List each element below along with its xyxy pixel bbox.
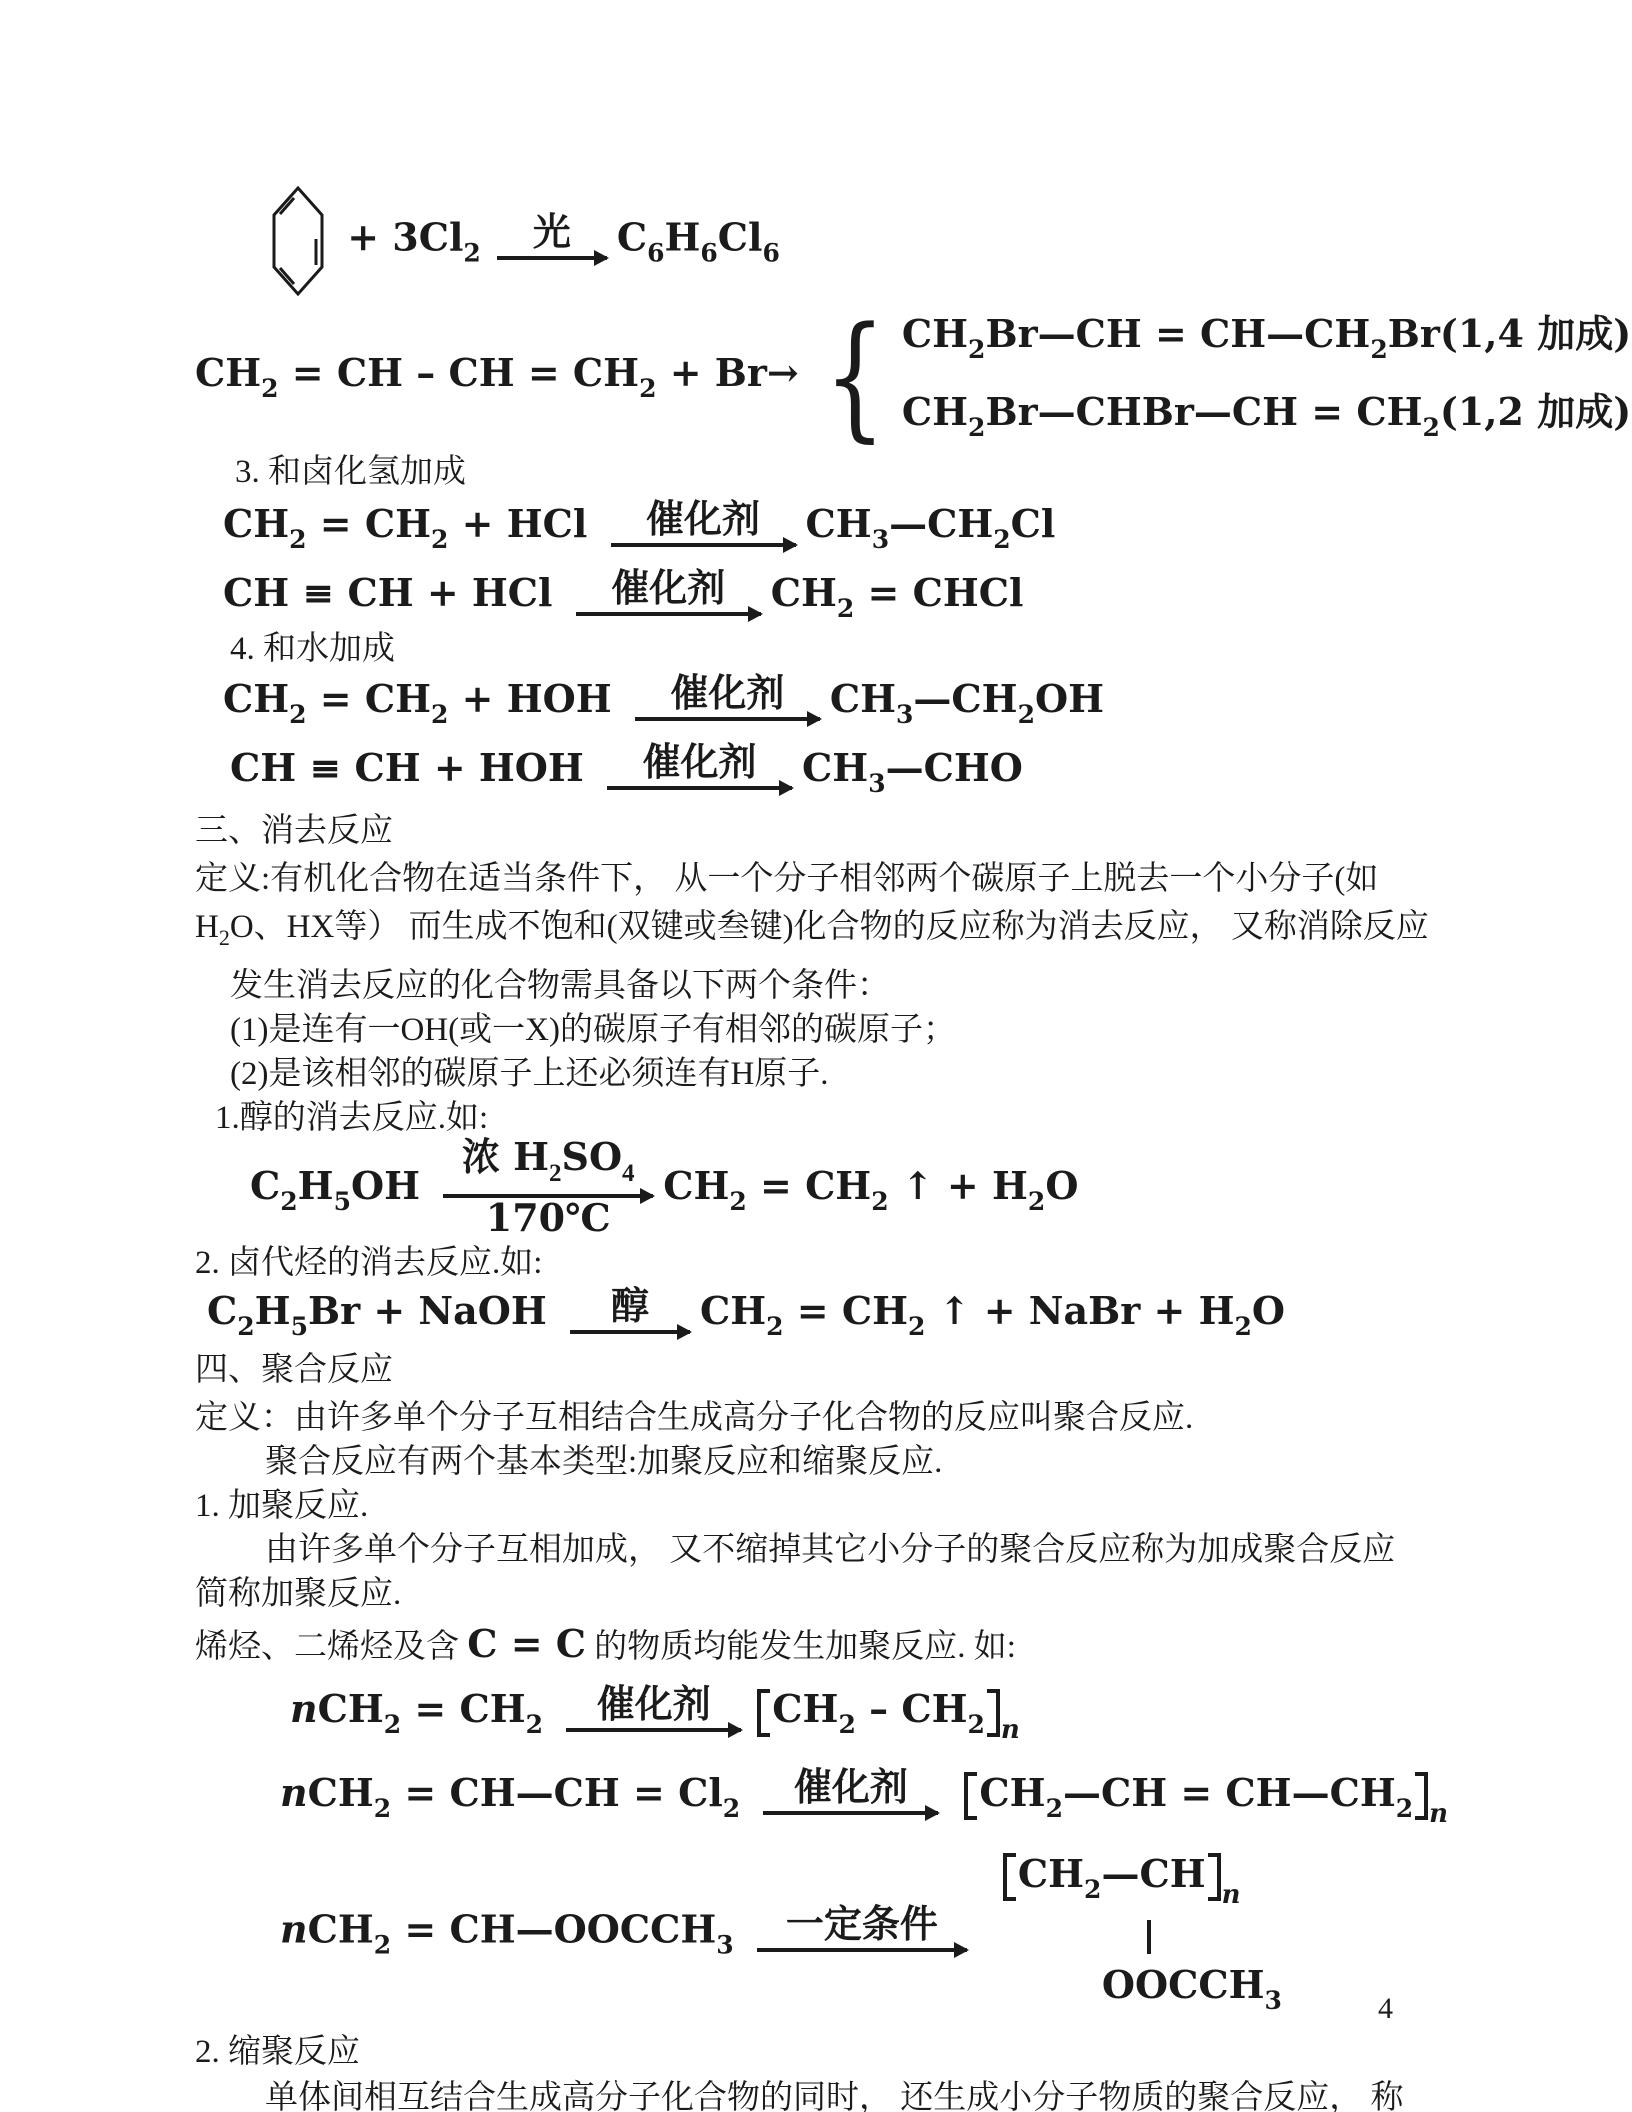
- formula-text: = CH—CH = Cl: [391, 1770, 723, 1815]
- formula-text: OH: [351, 1163, 433, 1208]
- subscript: 2: [639, 374, 656, 403]
- arrow-condition-above: 催化剂: [646, 504, 760, 538]
- addition-polymerization-def-line-2: 简称加聚反应.: [195, 1572, 1505, 1616]
- section-3-elimination-heading: 三、消去反应: [195, 809, 1505, 853]
- subscript: 2: [463, 239, 480, 268]
- subscript: 2: [968, 335, 985, 364]
- reaction-arrow: 催化剂: [763, 1772, 938, 1820]
- polymer-bracket-close: n: [985, 1689, 1020, 1737]
- formula-text: CH: [308, 1770, 374, 1815]
- formula-text: CH: [902, 389, 968, 434]
- polymer-bracket-open: [757, 1689, 770, 1737]
- formula-text: = CH: [307, 676, 431, 721]
- subscript: 2: [729, 1187, 746, 1216]
- reaction-ethylene-hcl: CH2 = CH2 + HCl 催化剂CH3—CH2Cl: [223, 500, 1505, 555]
- reaction-arrow: 催化剂: [611, 504, 796, 552]
- reaction-arrow: 催化剂: [566, 1689, 741, 1737]
- formula-text: CH: [802, 745, 868, 790]
- reaction-arrow: 浓 H2SO4170℃: [443, 1142, 653, 1237]
- arrow-line: [566, 1728, 741, 1732]
- subscript: 2: [1370, 335, 1387, 364]
- formula-text: 催化剂: [643, 739, 757, 784]
- formula-text: CH: [663, 1163, 729, 1208]
- arrow-line: [635, 717, 820, 721]
- formula-text: = CH: [401, 1686, 525, 1731]
- formula-text: —CH: [1101, 1851, 1205, 1896]
- subscript: 2: [237, 1312, 254, 1341]
- formula-text: CH ≡ CH + HCl: [223, 570, 566, 615]
- formula-text: O: [1045, 1163, 1078, 1208]
- polymer-bracket-close-glyph: [987, 1689, 1000, 1737]
- reaction-polyvinyl-acetate: nCH2 = CH—OOCCH3 一定条件CH2—CHnOOCCH3: [280, 1850, 1505, 2016]
- formula-text: 催化剂: [670, 670, 784, 715]
- formula-text: ↑ + NaBr + H: [925, 1288, 1234, 1333]
- formula-text: = CH—OOCCH: [391, 1906, 716, 1951]
- formula-text: CH: [979, 1770, 1045, 1815]
- subscript: 2: [1396, 1794, 1413, 1823]
- polymer-bracket-open: [1003, 1853, 1016, 1901]
- arrow-line: [611, 543, 796, 547]
- reaction-arrow: 光: [497, 217, 607, 265]
- subscript: 2: [1422, 413, 1439, 442]
- formula-text: Br + NaOH: [308, 1288, 560, 1333]
- reaction-acetylene-water: CH ≡ CH + HOH 催化剂CH3—CHO: [230, 744, 1505, 799]
- formula-text: OH: [1035, 676, 1104, 721]
- polymer-bracket-close: n: [1206, 1853, 1241, 1901]
- formula-text: + 3Cl: [334, 215, 463, 260]
- formula-text: CH: [902, 311, 968, 356]
- subscript: 2: [280, 1187, 297, 1216]
- formula-coefficient: n: [290, 1686, 318, 1731]
- formula-text: 浓 H: [462, 1134, 549, 1179]
- formula-text: CH: [806, 501, 872, 546]
- arrow-condition-above: 光: [533, 217, 571, 251]
- elimination-condition-1: (1)是连有一OH(或一X)的碳原子有相邻的碳原子；: [230, 1008, 1505, 1052]
- arrow-line: [570, 1330, 690, 1334]
- elimination-definition-line-1: 定义:有机化合物在适当条件下， 从一个分子相邻两个碳原子上脱去一个小分子(如: [195, 857, 1505, 901]
- formula-text: CH: [771, 570, 837, 615]
- repeat-unit-subscript: n: [1001, 1714, 1020, 1747]
- subscript: 2: [1235, 1312, 1252, 1341]
- arrow-condition-above: 浓 H2SO4: [462, 1142, 635, 1189]
- subscript: 2: [289, 525, 306, 554]
- formula-text: 光: [533, 209, 571, 254]
- formula-text: = CH: [307, 501, 431, 546]
- elimination-definition-line-2: H2O、HX等） 而生成不饱和(双键或叁键)化合物的反应称为消去反应， 又称消除…: [195, 901, 1505, 964]
- formula-text: CH: [318, 1686, 384, 1731]
- body-text: H: [195, 909, 219, 945]
- polymer-bracket-close: n: [1413, 1772, 1448, 1820]
- document-body: + 3Cl2光C6H6Cl6CH2 = CH – CH = CH2 + Br→ …: [195, 140, 1505, 2112]
- arrow-condition-above: 催化剂: [611, 573, 725, 607]
- reaction-benzene-chlorination: + 3Cl2光C6H6Cl6: [270, 185, 1505, 297]
- formula-text: Br(1,4 加成): [1388, 311, 1631, 356]
- subscript: 6: [700, 239, 717, 268]
- elimination-conditions-intro: 发生消去反应的化合物需具备以下两个条件：: [230, 964, 1505, 1008]
- item-1-addition-polymerization: 1. 加聚反应.: [195, 1484, 1505, 1528]
- formula-text: [543, 1686, 556, 1731]
- arrow-line: [757, 1948, 967, 1952]
- brace-icon: {: [824, 309, 886, 444]
- formula-text: Br—CH = CH—CH: [985, 311, 1370, 356]
- subscript: 2: [261, 374, 278, 403]
- formula-text: – CH: [856, 1686, 968, 1731]
- formula-text: = CHCl: [854, 570, 1023, 615]
- subscript: 2: [549, 1160, 562, 1187]
- formula-text: CH ≡ CH + HOH: [230, 745, 597, 790]
- condensation-definition-line: 单体间相互结合生成高分子化合物的同时， 还生成小分子物质的聚合反应， 称: [265, 2076, 1505, 2112]
- elimination-condition-2: (2)是该相邻的碳原子上还必须连有H原子.: [230, 1052, 1505, 1096]
- benzene-ring-icon: [270, 185, 326, 297]
- subscript: 2: [993, 525, 1010, 554]
- subscript: 2: [289, 700, 306, 729]
- reaction-acetylene-hcl: CH ≡ CH + HCl 催化剂CH2 = CHCl: [223, 569, 1505, 624]
- arrow-condition-above: 催化剂: [670, 678, 784, 712]
- alkene-addition-note: 烯烃、二烯烃及含 C = C 的物质均能发生加聚反应. 如:: [195, 1618, 1505, 1673]
- polymerization-types: 聚合反应有两个基本类型:加聚反应和缩聚反应.: [265, 1440, 1505, 1484]
- formula-text: = CH – CH = CH: [279, 350, 640, 395]
- formula-text: = CH: [784, 1288, 908, 1333]
- formula-text: + Br→: [656, 350, 812, 395]
- formula-text: (1,2 加成): [1440, 389, 1631, 434]
- formula-text: 170℃: [486, 1195, 611, 1240]
- formula-text: 一定条件: [786, 1901, 938, 1946]
- product-brace-group: {CH2Br—CH = CH—CH2Br(1,4 加成)CH2Br—CHBr—C…: [812, 309, 1631, 444]
- item-1-alcohol-elimination: 1.醇的消去反应.如:: [215, 1096, 1505, 1140]
- reaction-arrow: 催化剂: [607, 747, 792, 795]
- subscript: 2: [1046, 1794, 1063, 1823]
- formula-text: —CH = CH—CH: [1063, 1770, 1396, 1815]
- formula-text: —CH: [889, 501, 993, 546]
- polymer-bracket-close-glyph: [1415, 1772, 1428, 1820]
- formula-text: ↑ + H: [889, 1163, 1028, 1208]
- subscript: 2: [723, 1794, 740, 1823]
- formula-text: [734, 1906, 747, 1951]
- formula-text: H: [664, 215, 700, 260]
- subscript: 2: [967, 1710, 984, 1739]
- polymer-bracket-close-glyph: [1208, 1853, 1221, 1901]
- formula-text: + HOH: [448, 676, 624, 721]
- formula-text: O: [1252, 1288, 1285, 1333]
- formula-text: CH: [830, 676, 896, 721]
- brace-rows: CH2Br—CH = CH—CH2Br(1,4 加成)CH2Br—CHBr—CH…: [902, 310, 1631, 443]
- subscript: 2: [374, 1794, 391, 1823]
- formula-text: CH: [772, 1686, 838, 1731]
- subscript: 3: [872, 525, 889, 554]
- subscript: 2: [766, 1312, 783, 1341]
- subscript: 2: [374, 1930, 391, 1959]
- arrow-condition-above: 一定条件: [786, 1909, 938, 1943]
- structure-stack: CH2—CHnOOCCH3: [997, 1850, 1282, 2016]
- item-2-haloalkane-elimination: 2. 卤代烃的消去反应.如:: [195, 1241, 1505, 1285]
- arrow-condition-below: 170℃: [486, 1203, 611, 1237]
- reaction-ethanol-dehydration: C2H5OH 浓 H2SO4170℃CH2 = CH2 ↑ + H2O: [250, 1142, 1505, 1237]
- formula-text: —CHO: [886, 745, 1023, 790]
- arrow-line: [443, 1194, 653, 1198]
- reaction-arrow: 催化剂: [635, 678, 820, 726]
- arrow-condition-above: 醇: [611, 1291, 649, 1325]
- item-4-water-addition: 4. 和水加成: [230, 627, 1505, 671]
- subscript: 2: [1018, 700, 1035, 729]
- formula-text: H: [298, 1163, 334, 1208]
- formula-text: C = C: [467, 1621, 586, 1666]
- document-page: + 3Cl2光C6H6Cl6CH2 = CH – CH = CH2 + Br→ …: [0, 0, 1632, 2112]
- subscript: 2: [384, 1710, 401, 1739]
- reaction-polyethylene: nCH2 = CH2 催化剂CH2 – CH2n: [290, 1685, 1505, 1740]
- body-text: 烯烃、二烯烃及含: [195, 1629, 467, 1665]
- arrow-condition-above: 催化剂: [794, 1772, 908, 1806]
- repeat-unit-subscript: n: [1429, 1798, 1448, 1831]
- arrow-line: [763, 1811, 938, 1815]
- formula-text: = CH: [747, 1163, 871, 1208]
- structure-row: CH2—CHn: [997, 1850, 1241, 1905]
- subscript: 2: [1028, 1187, 1045, 1216]
- formula-text: Br—CHBr—CH = CH: [985, 389, 1422, 434]
- reaction-butadiene-bromine: CH2 = CH – CH = CH2 + Br→ {CH2Br—CH = CH…: [195, 309, 1505, 444]
- formula-text: 催化剂: [794, 1764, 908, 1809]
- structure-row: [997, 1909, 1151, 1957]
- formula-text: CH: [223, 501, 289, 546]
- addition-polymerization-def-line-1: 由许多单个分子互相加成， 又不缩掉其它小分子的聚合反应称为加成聚合反应: [265, 1528, 1505, 1572]
- subscript: 6: [762, 239, 779, 268]
- subscript: 5: [291, 1312, 308, 1341]
- reaction-arrow: 一定条件: [757, 1909, 967, 1957]
- subscript: 2: [526, 1710, 543, 1739]
- formula-text: CH: [1018, 1851, 1084, 1896]
- subscript: 2: [431, 700, 448, 729]
- arrow-line: [497, 256, 607, 260]
- item-3-hydrogen-halide-addition: 3. 和卤化氢加成: [235, 450, 1505, 494]
- formula-text: CH: [308, 1906, 374, 1951]
- subscript: 3: [896, 700, 913, 729]
- formula-text: CH: [700, 1288, 766, 1333]
- subscript: 2: [1084, 1875, 1101, 1904]
- formula-text: SO: [562, 1134, 623, 1179]
- subscript: 2: [871, 1187, 888, 1216]
- body-text: 的物质均能发生加聚反应. 如:: [586, 1629, 1016, 1665]
- formula-coefficient: n: [280, 1906, 308, 1951]
- formula-coefficient: n: [280, 1770, 308, 1815]
- reaction-arrow: 催化剂: [576, 573, 761, 621]
- formula-text: Cl: [718, 215, 763, 260]
- formula-text: OOCCH: [1102, 1962, 1265, 2007]
- reaction-arrow: 醇: [570, 1291, 690, 1339]
- formula-text: C: [617, 215, 647, 260]
- formula-text: 催化剂: [611, 565, 725, 610]
- subscript: 4: [622, 1160, 635, 1187]
- reaction-polybutadiene: nCH2 = CH—CH = Cl2 催化剂CH2—CH = CH—CH2n: [280, 1769, 1505, 1824]
- subscript: 3: [868, 769, 885, 798]
- subscript: 2: [431, 525, 448, 554]
- formula-text: CH: [195, 350, 261, 395]
- subscript: 2: [837, 594, 854, 623]
- formula-text: CH: [223, 676, 289, 721]
- formula-text: Cl: [1011, 501, 1056, 546]
- reaction-bromoethane-naoh: C2H5Br + NaOH 醇CH2 = CH2 ↑ + NaBr + H2O: [207, 1287, 1505, 1342]
- arrow-condition-above: 催化剂: [643, 747, 757, 781]
- formula-text: 催化剂: [646, 496, 760, 541]
- subscript: 2: [968, 413, 985, 442]
- body-text: O、HX等） 而生成不饱和(双键或叁键)化合物的反应称为消去反应， 又称消除反应: [230, 909, 1429, 945]
- formula-text: C: [207, 1288, 237, 1333]
- subscript: 3: [716, 1930, 733, 1959]
- formula-text: C: [250, 1163, 280, 1208]
- arrow-line: [576, 612, 761, 616]
- repeat-unit-subscript: n: [1222, 1879, 1241, 1912]
- section-4-polymerization-heading: 四、聚合反应: [195, 1348, 1505, 1392]
- subscript: 6: [647, 239, 664, 268]
- formula-text: —CH: [913, 676, 1017, 721]
- structure-row: OOCCH3: [997, 1961, 1282, 2016]
- formula-text: 醇: [611, 1283, 649, 1328]
- subscript: 2: [219, 925, 230, 950]
- page-number: 4: [1378, 1992, 1393, 2026]
- product-row: CH2Br—CHBr—CH = CH2(1,2 加成): [902, 388, 1631, 443]
- formula-text: 催化剂: [597, 1681, 711, 1726]
- formula-text: [740, 1770, 753, 1815]
- formula-text: H: [255, 1288, 291, 1333]
- arrow-line: [607, 786, 792, 790]
- vertical-bond: [1147, 1920, 1151, 1954]
- formula-text: + HCl: [448, 501, 600, 546]
- subscript: 2: [838, 1710, 855, 1739]
- item-2-condensation-polymerization: 2. 缩聚反应: [195, 2030, 1505, 2074]
- reaction-ethylene-water: CH2 = CH2 + HOH 催化剂CH3—CH2OH: [223, 675, 1505, 730]
- product-row: CH2Br—CH = CH—CH2Br(1,4 加成): [902, 310, 1631, 365]
- polymer-bracket-open: [964, 1772, 977, 1820]
- subscript: 2: [908, 1312, 925, 1341]
- polymerization-definition: 定义：由许多单个分子互相结合生成高分子化合物的反应叫聚合反应.: [195, 1396, 1505, 1440]
- subscript: 3: [1265, 1986, 1282, 2015]
- subscript: 5: [334, 1187, 351, 1216]
- arrow-condition-above: 催化剂: [597, 1689, 711, 1723]
